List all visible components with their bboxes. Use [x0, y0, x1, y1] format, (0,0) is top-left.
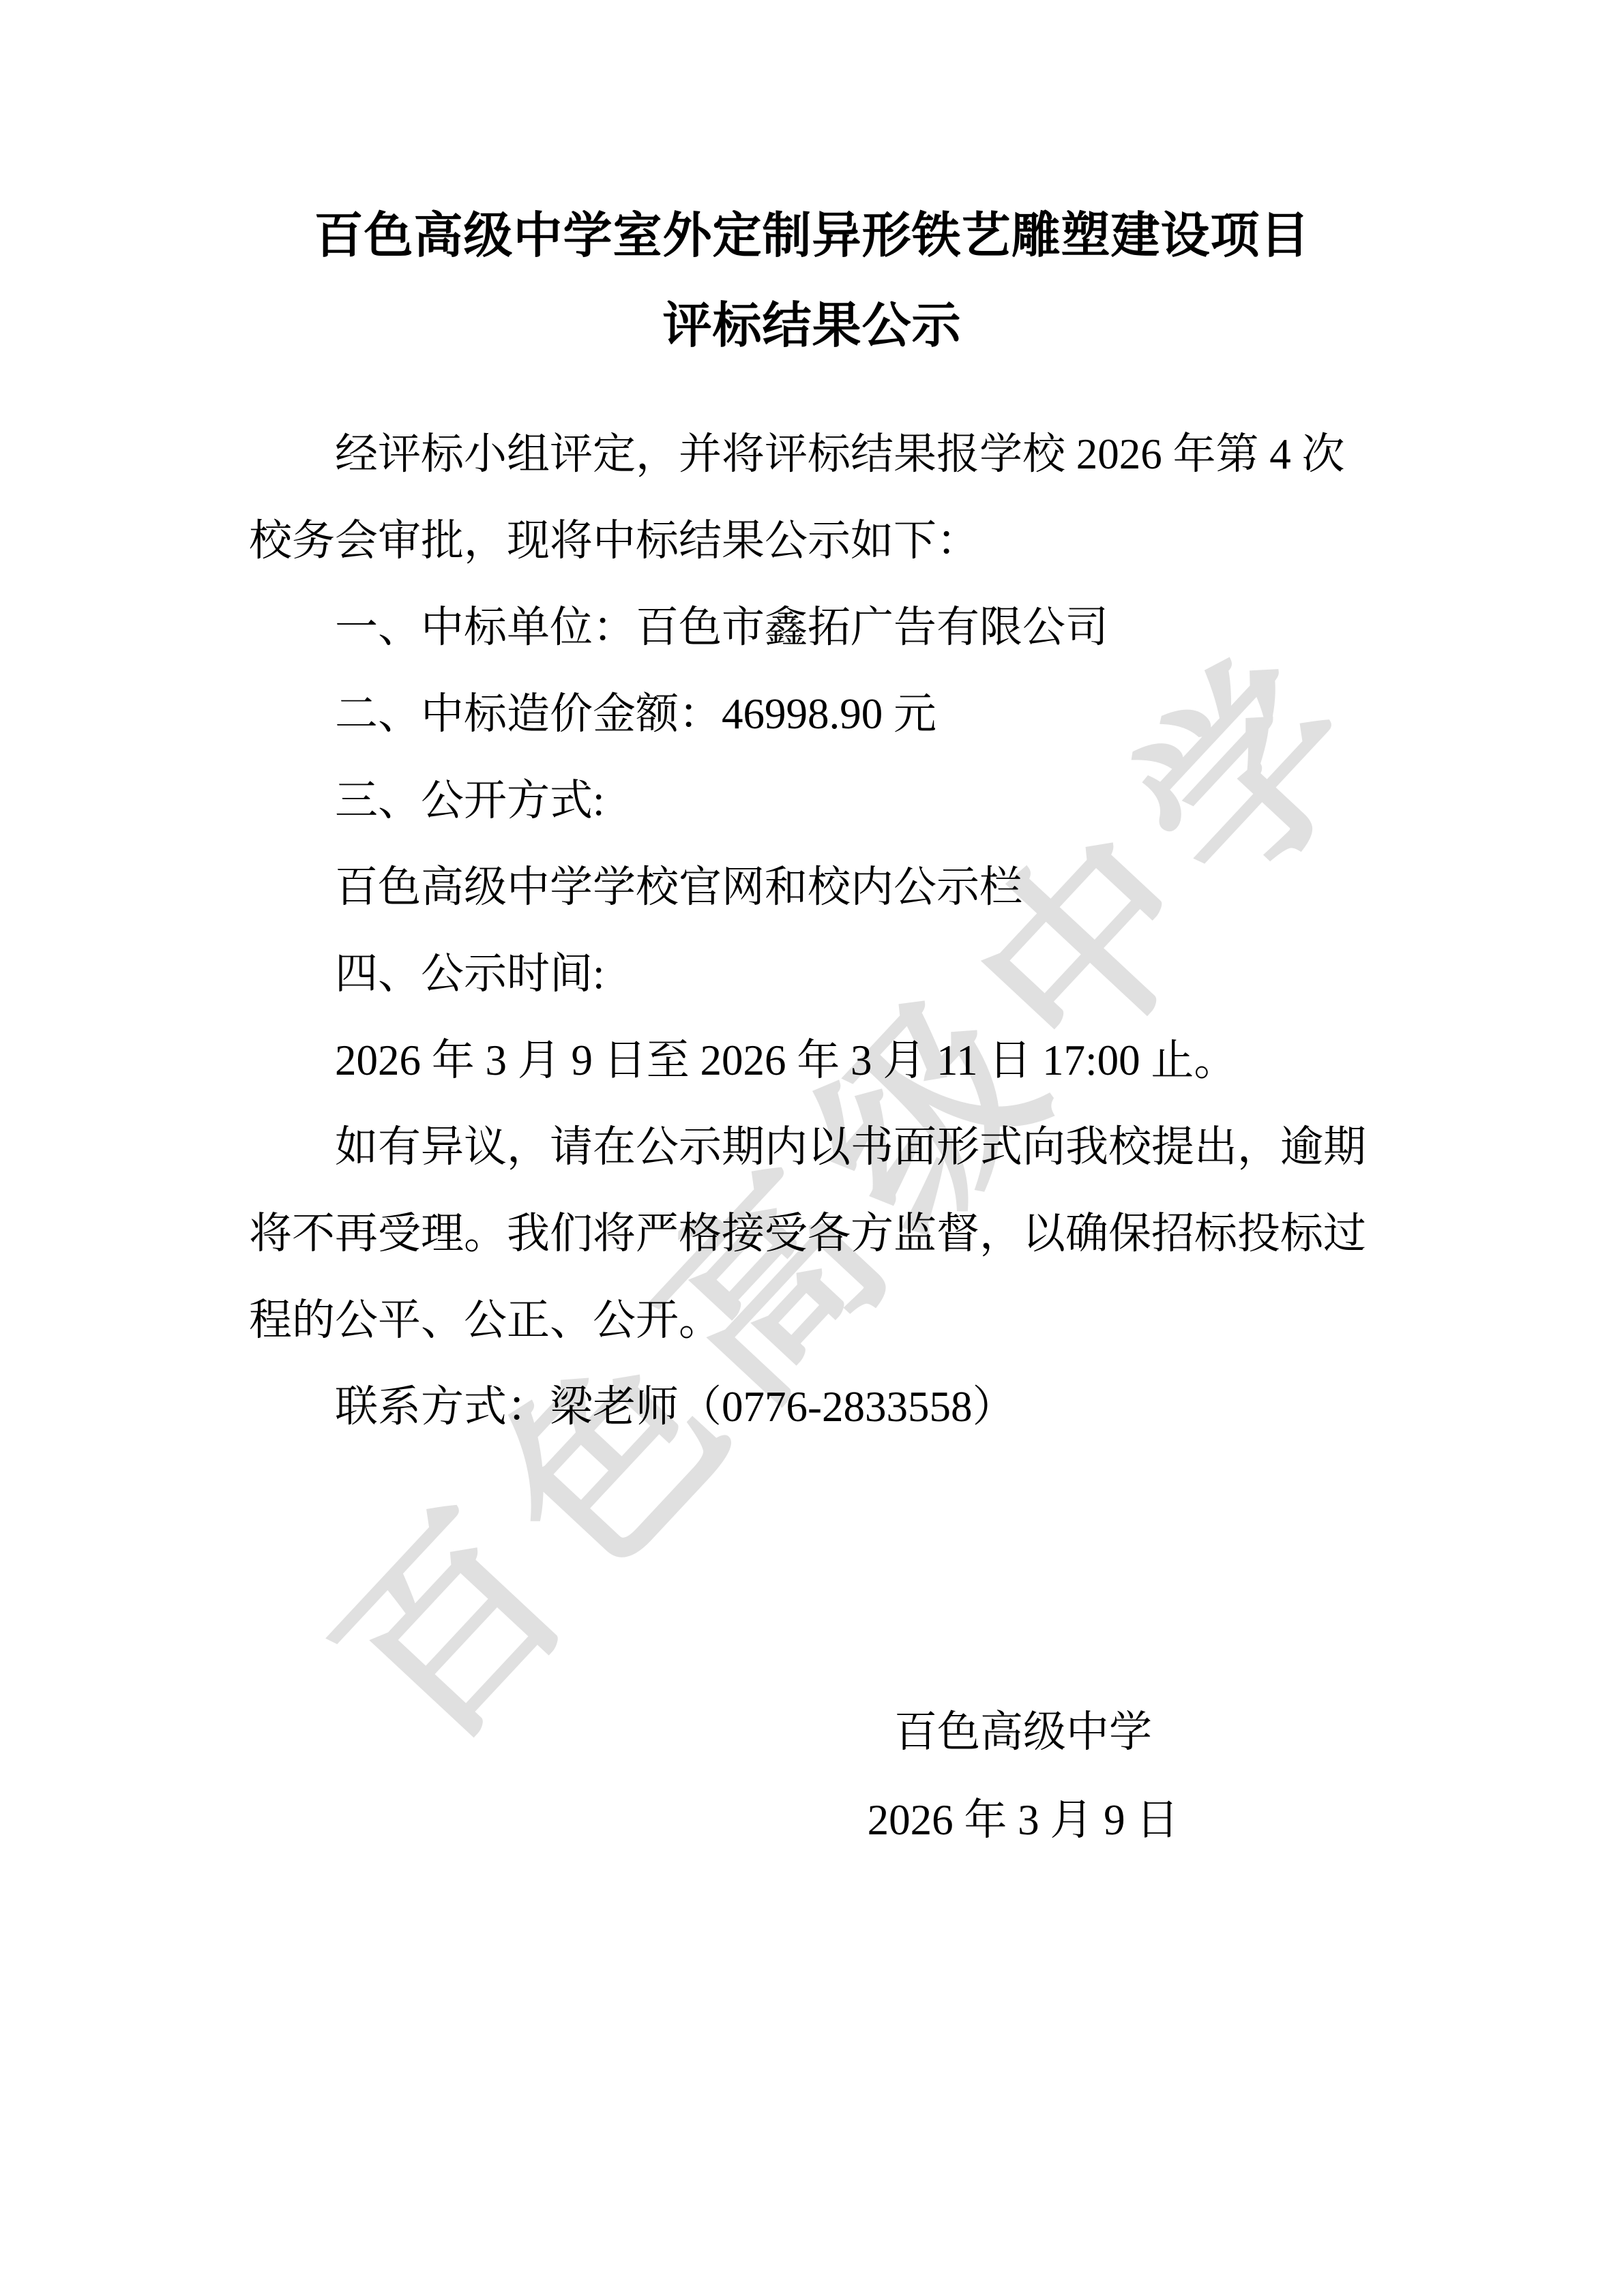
- document-title-line-2: 评标结果公示: [0, 297, 1624, 355]
- list-item-winning-bidder: 一、中标单位：百色市鑫拓广告有限公司: [249, 584, 1378, 671]
- paragraph-line: 如有异议，请在公示期内以书面形式向我校提出，逾期: [249, 1104, 1378, 1191]
- document-page: 百色高级中学 百色高级中学室外定制异形铁艺雕塑建设项目 评标结果公示 经评标小组…: [0, 0, 1624, 2296]
- signature-date: 2026 年 3 月 9 日: [818, 1776, 1228, 1864]
- document-title-line-1: 百色高级中学室外定制异形铁艺雕塑建设项目: [0, 207, 1624, 265]
- publicity-date-range: 2026 年 3 月 9 日至 2026 年 3 月 11 日 17:00 止。: [249, 1017, 1378, 1104]
- paragraph-line: 校务会审批，现将中标结果公示如下：: [249, 498, 1378, 584]
- paragraph-line: 百色高级中学学校官网和校内公示栏: [249, 844, 1378, 931]
- list-item-publicity-period: 四、公示时间:: [249, 931, 1378, 1017]
- document-content: 百色高级中学室外定制异形铁艺雕塑建设项目 评标结果公示 经评标小组评定，并将评标…: [0, 0, 1624, 2296]
- list-item-bid-amount: 二、中标造价金额：46998.90 元: [249, 671, 1378, 758]
- document-body: 经评标小组评定，并将评标结果报学校 2026 年第 4 次 校务会审批，现将中标…: [249, 411, 1378, 1450]
- signature-organization: 百色高级中学: [818, 1688, 1228, 1776]
- list-item-publicity-method: 三、公开方式:: [249, 758, 1378, 844]
- paragraph-line: 程的公平、公正、公开。: [249, 1277, 1378, 1364]
- signature-block: 百色高级中学 2026 年 3 月 9 日: [818, 1688, 1228, 1864]
- contact-info-line: 联系方式：梁老师（0776-2833558）: [249, 1364, 1378, 1450]
- paragraph-line: 将不再受理。我们将严格接受各方监督，以确保招标投标过: [249, 1191, 1378, 1277]
- paragraph-line: 经评标小组评定，并将评标结果报学校 2026 年第 4 次: [249, 411, 1378, 498]
